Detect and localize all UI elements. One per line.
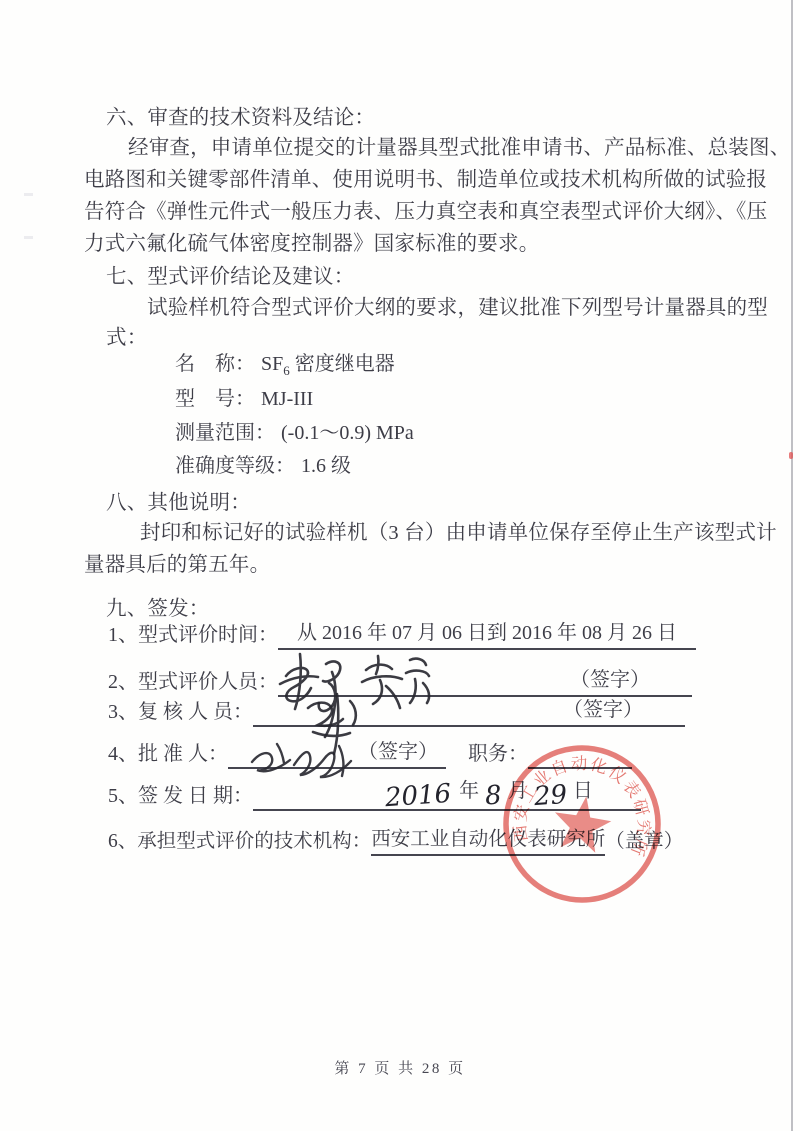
sf6-subscript: 6 <box>283 363 290 378</box>
item-number: 4、 <box>108 737 138 769</box>
item-number: 3、 <box>108 695 138 727</box>
institution-label: 承担型式评价的技术机构： <box>137 825 371 856</box>
item-number: 5、 <box>108 779 138 811</box>
section9-title: 九、签发： <box>106 591 210 621</box>
sign-here-note: （签字） <box>358 735 438 764</box>
section7-title: 七、型式评价结论及建议： <box>106 259 354 289</box>
issue-date-label: 签 发 日 期： <box>138 779 253 811</box>
spec-range: 测量范围：(-0.1～0.9) MPa <box>175 416 414 445</box>
sign-here-note: （签字） <box>570 663 650 692</box>
page-number: 第 7 页 共 28 页 <box>0 1057 800 1078</box>
signoff-row-evaluation-time: 1、 型式评价时间： 从 2016 年 07 月 06 日到 2016 年 08… <box>108 619 696 650</box>
item-number: 2、 <box>108 665 138 697</box>
stamp-star-icon <box>550 792 615 855</box>
section6-title: 六、审查的技术资料及结论： <box>106 100 375 130</box>
scan-edge-line <box>791 0 793 1131</box>
section8-paragraph-line: 量器具后的第五年。 <box>84 547 270 577</box>
spec-name-value: SF6 密度继电器 <box>261 353 395 375</box>
section8-paragraph-line: 封印和标记好的试验样机（3 台）由申请单位保存至停止生产该型式计 <box>140 515 777 545</box>
approver-label: 批 准 人： <box>138 737 228 769</box>
evaluation-time-underline: 从 2016 年 07 月 06 日到 2016 年 08 月 26 日 <box>278 616 696 650</box>
signoff-row-reviewer: 3、 复 核 人 员： （签字） <box>108 696 685 727</box>
section7-paragraph-line: 式： <box>106 320 147 350</box>
official-seal-stamp: 西安工业自动化仪表研究所 <box>486 728 678 920</box>
section7-paragraph-line: 试验样机符合型式评价大纲的要求，建议批准下列型号计量器具的型 <box>147 290 768 320</box>
handwritten-year: 2016 <box>384 784 451 809</box>
spec-model-value: MJ-III <box>261 388 313 410</box>
section6-paragraph-line: 电路图和关键零部件清单、使用说明书、制造单位或技术机构所做的试验报 <box>84 162 767 192</box>
reviewer-label: 复 核 人 员： <box>138 695 253 727</box>
year-unit: 年 <box>459 774 479 806</box>
section6-paragraph-line: 力式六氟化硫气体密度控制器》国家标准的要求。 <box>84 226 539 256</box>
reviewer-signature-underline: （签字） <box>253 693 685 727</box>
spec-range-label: 测量范围： <box>175 422 275 444</box>
section6-paragraph-line: 告符合《弹性元件式一般压力表、压力真空表和真空表型式评价大纲》、《压 <box>84 194 767 224</box>
spec-name: 名 称：SF6 密度继电器 <box>175 347 395 379</box>
spec-accuracy-label: 准确度等级： <box>175 455 295 477</box>
spec-name-label: 名 称： <box>175 353 255 375</box>
scanned-document-page: 六、审查的技术资料及结论： 经审查，申请单位提交的计量器具型式批准申请书、产品标… <box>0 0 800 1131</box>
scan-speck <box>24 236 33 239</box>
spec-accuracy-value: 1.6 级 <box>301 455 351 477</box>
section6-paragraph-line: 经审查，申请单位提交的计量器具型式批准申请书、产品标准、总装图、 <box>128 130 790 160</box>
spec-accuracy: 准确度等级：1.6 级 <box>175 449 351 478</box>
spec-range-value: (-0.1～0.9) MPa <box>281 422 414 444</box>
item-number: 6、 <box>108 825 137 856</box>
sign-here-note: （签字） <box>563 693 643 722</box>
section8-title: 八、其他说明： <box>106 485 251 515</box>
approver-signature-underline: （签字） <box>228 735 446 769</box>
scan-red-speck <box>789 452 793 459</box>
evaluators-signature-underline: （签字） <box>278 663 692 697</box>
evaluation-time-label: 型式评价时间： <box>138 618 278 650</box>
spec-model: 型 号：MJ-III <box>175 382 313 411</box>
spec-model-label: 型 号： <box>175 388 255 410</box>
evaluation-time-value: 从 2016 年 07 月 06 日到 2016 年 08 月 26 日 <box>278 616 696 645</box>
scan-speck <box>24 193 33 196</box>
item-number: 1、 <box>108 618 138 650</box>
